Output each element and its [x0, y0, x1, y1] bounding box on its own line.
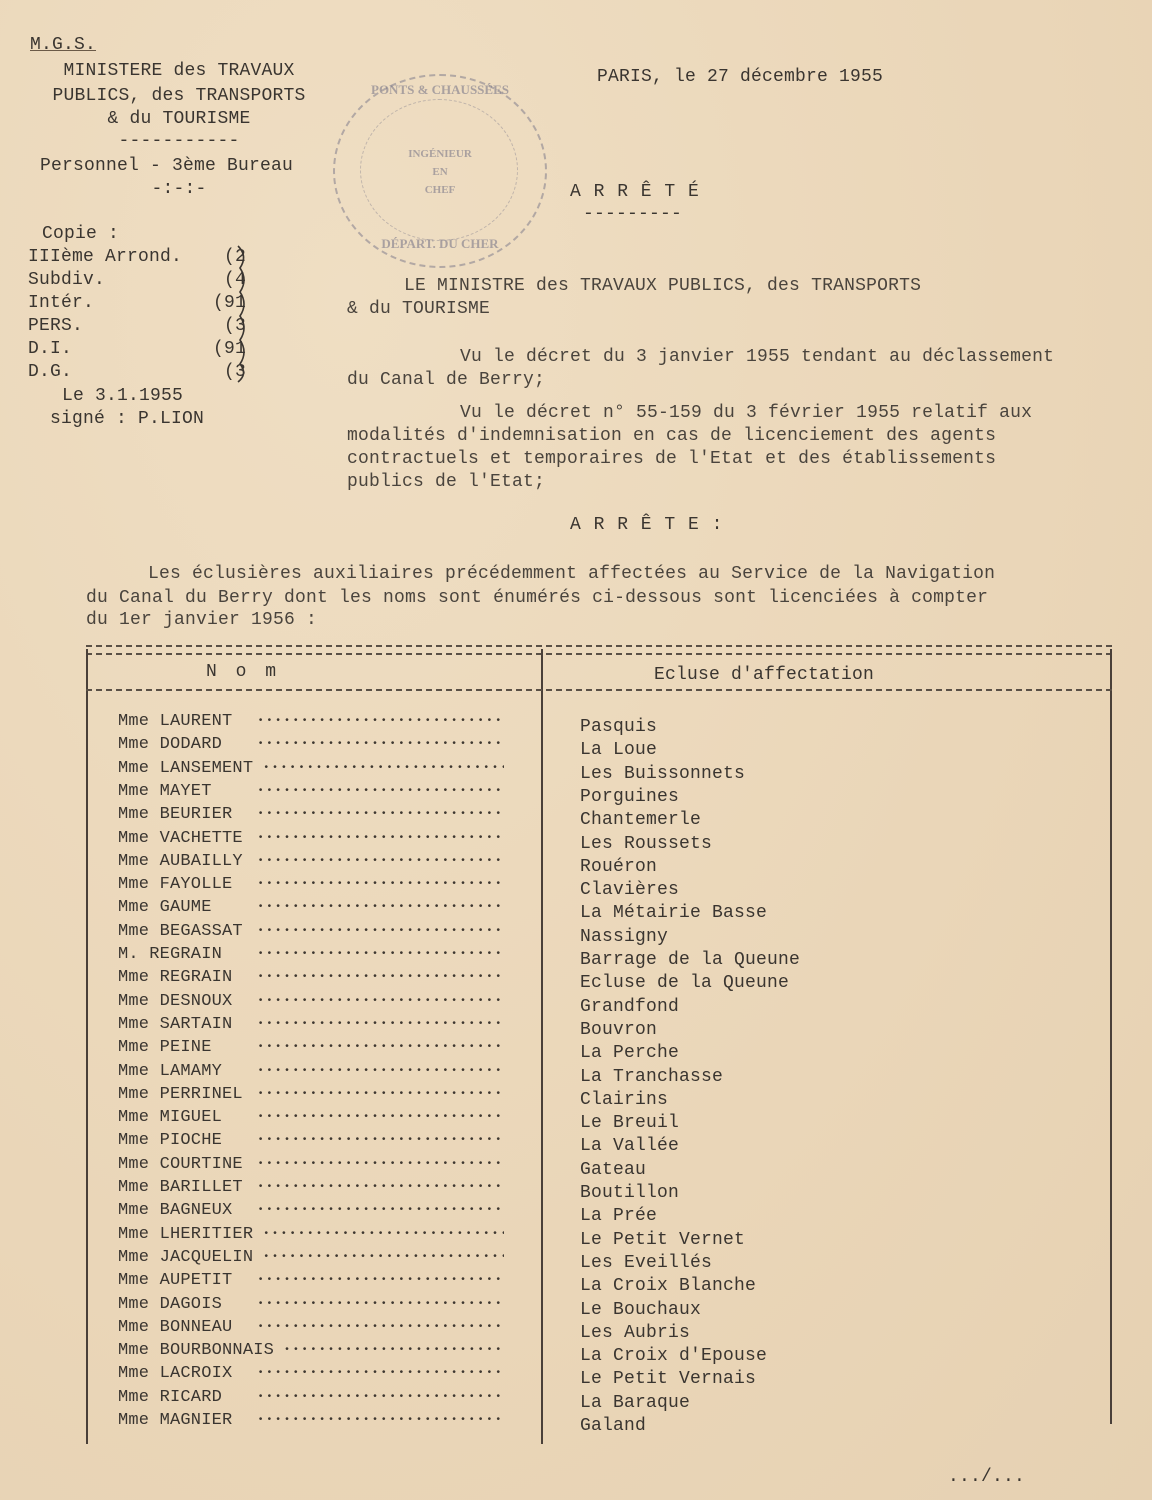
- employee-name: Mme FAYOLLE: [118, 873, 232, 896]
- employee-name: Mme LHERITIER: [118, 1223, 253, 1246]
- title-rule: ---------: [583, 203, 682, 226]
- leader-dots: ••••••••••••••••••••••••••••: [253, 920, 504, 943]
- lock-name: La Baraque: [580, 1392, 690, 1415]
- employee-name: Mme AUPETIT: [118, 1269, 232, 1292]
- lock-name: La Prée: [580, 1205, 657, 1228]
- vu2-line-2: modalités d'indemnisation en cas de lice…: [347, 425, 996, 448]
- employee-name: Mme LAURENT: [118, 710, 232, 733]
- lock-name: Le Petit Vernais: [580, 1368, 756, 1391]
- leader-dots: ••••••••••••••••••••••••••••: [242, 1199, 504, 1222]
- employee-name: Mme MAGNIER: [118, 1409, 232, 1432]
- signature-line: signé : P.LION: [50, 408, 204, 431]
- leader-dots: ••••••••••••••••••••••••••••: [242, 710, 504, 733]
- lock-name: Bouvron: [580, 1019, 657, 1042]
- lock-name: Porguines: [580, 786, 679, 809]
- employee-name: Mme DESNOUX: [118, 990, 232, 1013]
- minister-line-2: & du TOURISME: [347, 298, 490, 321]
- leader-dots: ••••••••••••••••••••••••••••: [232, 733, 504, 756]
- employee-name: Mme MAYET: [118, 780, 212, 803]
- employee-name: Mme GAUME: [118, 896, 212, 919]
- lock-name: La Loue: [580, 739, 657, 762]
- leader-dots: ••••••••••••••••••••••••••••: [232, 1060, 504, 1083]
- employee-name: Mme COURTINE: [118, 1153, 243, 1176]
- leader-dots: ••••••••••••••••••••••••••••: [232, 943, 504, 966]
- employee-name: M. REGRAIN: [118, 943, 222, 966]
- employee-name: Mme BEURIER: [118, 803, 232, 826]
- dismissal-table: N o m Ecluse d'affectation Mme LAURENT••…: [86, 645, 1112, 1440]
- lock-name: Les Aubris: [580, 1322, 690, 1345]
- stamp-center-2: EN: [335, 166, 545, 178]
- lock-name: La Vallée: [580, 1135, 679, 1158]
- lock-name: Gateau: [580, 1159, 646, 1182]
- stamp-center-3: CHEF: [335, 184, 545, 196]
- lock-name: Le Bouchaux: [580, 1299, 701, 1322]
- vu1-line-1: Vu le décret du 3 janvier 1955 tendant a…: [460, 346, 1054, 369]
- employee-name: Mme BOURBONNAIS: [118, 1339, 274, 1362]
- lock-name: Grandfond: [580, 996, 679, 1019]
- service-name: Personnel - 3ème Bureau: [40, 155, 293, 178]
- leader-dots: ••••••••••••••••••••••••••••: [253, 1176, 504, 1199]
- leader-dots: ••••••••••••••••••••••••••••: [242, 1409, 504, 1432]
- copy-dest: IIIème Arrond.: [28, 246, 182, 269]
- reference-code: M.G.S.: [30, 34, 96, 57]
- employee-name: Mme LACROIX: [118, 1362, 232, 1385]
- table-left-border: [86, 649, 88, 1444]
- leader-dots: ••••••••••••••••••••••••••••: [263, 1246, 504, 1269]
- lock-name: La Croix d'Epouse: [580, 1345, 767, 1368]
- table-column-divider: [541, 649, 543, 1444]
- vu2-line-4: publics de l'Etat;: [347, 471, 545, 494]
- lock-name: Les Buissonnets: [580, 763, 745, 786]
- leader-dots: ••••••••••••••••••••••••••••: [242, 803, 504, 826]
- leader-dots: ••••••••••••••••••••••••••••: [284, 1339, 504, 1362]
- arrete-heading: A R R Ê T E :: [570, 514, 723, 537]
- leader-dots: ••••••••••••••••••••••••••••: [242, 873, 504, 896]
- stamp-ring-top: PONTS & CHAUSSÉES: [335, 82, 545, 98]
- copy-dest: Intér.: [28, 292, 94, 315]
- leader-dots: ••••••••••••••••••••••••••••: [242, 1013, 504, 1036]
- employee-name: Mme RICARD: [118, 1386, 222, 1409]
- lock-name: Barrage de la Queune: [580, 949, 800, 972]
- employee-name: Mme AUBAILLY: [118, 850, 243, 873]
- copy-date: Le 3.1.1955: [62, 385, 183, 408]
- leader-dots: ••••••••••••••••••••••••••••: [253, 1153, 504, 1176]
- ministry-line-2: PUBLICS, des TRANSPORTS: [24, 85, 334, 108]
- employee-name: Mme SARTAIN: [118, 1013, 232, 1036]
- leader-dots: ••••••••••••••••••••••••••••: [253, 1083, 504, 1106]
- official-stamp: PONTS & CHAUSSÉES INGÉNIEUR EN CHEF DÉPA…: [333, 74, 547, 268]
- ministry-line-1: MINISTERE des TRAVAUX: [24, 60, 334, 83]
- vu2-line-1: Vu le décret n° 55-159 du 3 février 1955…: [460, 402, 1032, 425]
- header-separator: -----------: [24, 130, 334, 153]
- body-line-1: Les éclusières auxiliaires précédemment …: [148, 563, 995, 586]
- table-right-border: [1110, 649, 1112, 1424]
- lock-name: Rouéron: [580, 856, 657, 879]
- employee-name: Mme MIGUEL: [118, 1106, 222, 1129]
- vu2-line-3: contractuels et temporaires de l'Etat et…: [347, 448, 996, 471]
- stamp-center-1: INGÉNIEUR: [335, 148, 545, 160]
- lock-name: Boutillon: [580, 1182, 679, 1205]
- employee-name: Mme DODARD: [118, 733, 222, 756]
- leader-dots: ••••••••••••••••••••••••••••: [232, 1386, 504, 1409]
- column-header-name: N o m: [206, 661, 280, 684]
- leader-dots: ••••••••••••••••••••••••••••: [253, 827, 504, 850]
- body-line-3: du 1er janvier 1956 :: [86, 609, 317, 632]
- leader-dots: ••••••••••••••••••••••••••••: [242, 1316, 504, 1339]
- ministry-line-3: & du TOURISME: [24, 108, 334, 131]
- minister-line-1: LE MINISTRE des TRAVAUX PUBLICS, des TRA…: [404, 275, 921, 298]
- lock-name: Le Breuil: [580, 1112, 679, 1135]
- lock-name: Nassigny: [580, 926, 668, 949]
- body-line-2: du Canal du Berry dont les noms sont énu…: [86, 587, 988, 610]
- lock-name: Clavières: [580, 879, 679, 902]
- leader-dots: ••••••••••••••••••••••••••••: [242, 990, 504, 1013]
- leader-dots: ••••••••••••••••••••••••••••: [222, 896, 504, 919]
- leader-dots: ••••••••••••••••••••••••••••: [242, 1362, 504, 1385]
- employee-name: Mme JACQUELIN: [118, 1246, 253, 1269]
- lock-name: Clairins: [580, 1089, 668, 1112]
- lock-name: Les Eveillés: [580, 1252, 712, 1275]
- employee-name: Mme LAMAMY: [118, 1060, 222, 1083]
- employee-name: Mme VACHETTE: [118, 827, 243, 850]
- employee-name: Mme PIOCHE: [118, 1129, 222, 1152]
- document-title: A R R Ê T É: [570, 181, 700, 204]
- leader-dots: ••••••••••••••••••••••••••••: [242, 1269, 504, 1292]
- header-ornament: -:-:-: [24, 178, 334, 201]
- leader-dots: ••••••••••••••••••••••••••••: [232, 1106, 504, 1129]
- table-top-border: [86, 645, 1112, 655]
- lock-name: Galand: [580, 1415, 646, 1438]
- employee-name: Mme DAGOIS: [118, 1293, 222, 1316]
- lock-name: La Croix Blanche: [580, 1275, 756, 1298]
- leader-dots: ••••••••••••••••••••••••••••: [253, 850, 504, 873]
- stamp-ring-bottom: DÉPART. DU CHER: [335, 236, 545, 252]
- copy-dest: D.I.: [28, 338, 72, 361]
- employee-name: Mme BONNEAU: [118, 1316, 232, 1339]
- leader-dots: ••••••••••••••••••••••••••••: [232, 1293, 504, 1316]
- leader-dots: ••••••••••••••••••••••••••••: [242, 966, 504, 989]
- lock-name: Pasquis: [580, 716, 657, 739]
- employee-name: Mme REGRAIN: [118, 966, 232, 989]
- leader-dots: ••••••••••••••••••••••••••••: [222, 1036, 504, 1059]
- leader-dots: ••••••••••••••••••••••••••••: [263, 757, 504, 780]
- leader-dots: ••••••••••••••••••••••••••••: [222, 780, 504, 803]
- employee-name: Mme BARILLET: [118, 1176, 243, 1199]
- lock-name: La Métairie Basse: [580, 902, 767, 925]
- lock-name: Chantemerle: [580, 809, 701, 832]
- lock-name: La Perche: [580, 1042, 679, 1065]
- continuation-mark: .../...: [948, 1466, 1025, 1489]
- copy-dest: PERS.: [28, 315, 83, 338]
- header-underline: [86, 689, 1112, 691]
- lock-name: La Tranchasse: [580, 1066, 723, 1089]
- employee-name: Mme PERRINEL: [118, 1083, 243, 1106]
- employee-name: Mme PEINE: [118, 1036, 212, 1059]
- copy-dest: Subdiv.: [28, 269, 105, 292]
- employee-name: Mme LANSEMENT: [118, 757, 253, 780]
- leader-dots: ••••••••••••••••••••••••••••: [232, 1129, 504, 1152]
- employee-name: Mme BAGNEUX: [118, 1199, 232, 1222]
- lock-name: Les Roussets: [580, 833, 712, 856]
- column-header-lock: Ecluse d'affectation: [654, 664, 874, 687]
- leader-dots: ••••••••••••••••••••••••••••: [263, 1223, 504, 1246]
- lock-name: Le Petit Vernet: [580, 1229, 745, 1252]
- brace-icon: [234, 244, 254, 384]
- copy-dest: D.G.: [28, 361, 72, 384]
- copy-label: Copie :: [42, 223, 119, 246]
- vu1-line-2: du Canal de Berry;: [347, 369, 545, 392]
- employee-name: Mme BEGASSAT: [118, 920, 243, 943]
- place-date: PARIS, le 27 décembre 1955: [597, 66, 883, 89]
- lock-name: Ecluse de la Queune: [580, 972, 789, 995]
